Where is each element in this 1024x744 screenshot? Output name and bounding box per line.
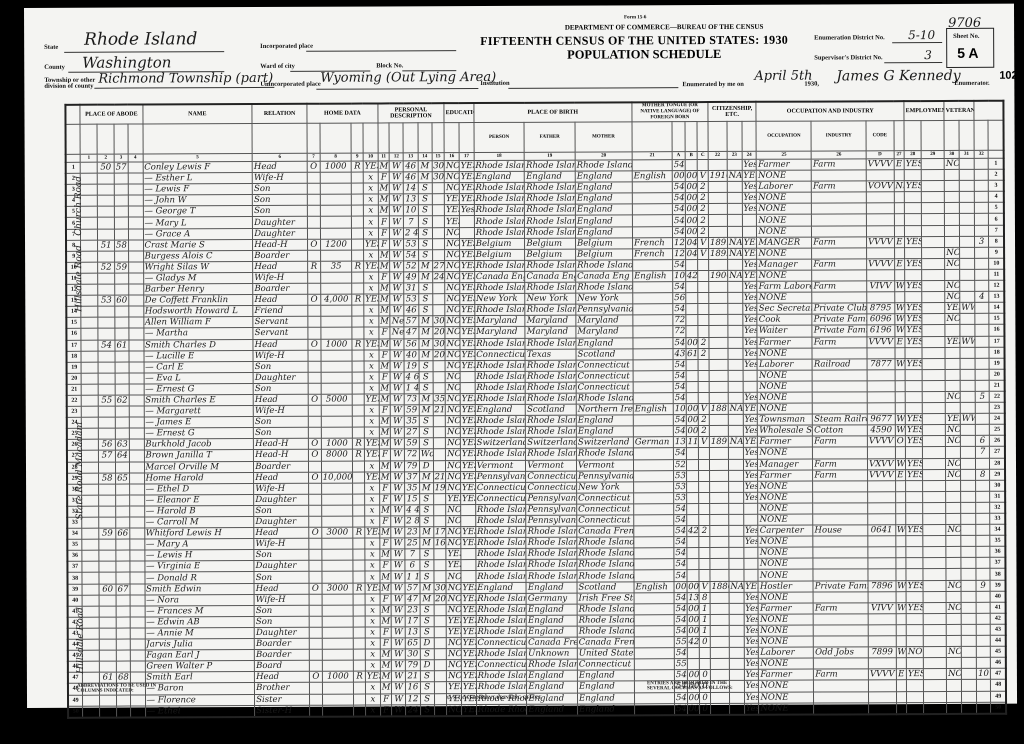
cell-codeB — [686, 503, 699, 514]
cell-occode: VVVV — [867, 236, 894, 247]
cell-occ: MANGER — [757, 237, 812, 248]
cell-rel: Sister-H — [255, 705, 310, 717]
cell-codeB: 61 — [686, 348, 699, 359]
cell-imm — [709, 392, 728, 403]
cell-sex: F — [380, 538, 392, 549]
cell-name: — Ernest G — [144, 428, 254, 440]
cell-war — [960, 469, 975, 480]
cell-dw — [98, 206, 115, 217]
cell-eng — [743, 503, 758, 514]
cell-line: 31 — [990, 491, 1005, 502]
cell-read: YES — [460, 327, 475, 338]
cell-race: W — [390, 250, 404, 261]
cell-vet — [946, 591, 961, 602]
cell-vet: NO — [946, 469, 961, 480]
cell-bpf: Rhode Island — [526, 526, 577, 537]
cell-farm: x — [365, 549, 380, 560]
cell-vet: YES — [945, 303, 960, 314]
cell-farmsch — [976, 547, 991, 558]
cell-codeB — [686, 537, 699, 548]
cell-name: — Gladys M — [143, 272, 253, 284]
cell-lang: French — [632, 237, 672, 248]
cell-line: 7 — [989, 225, 1004, 236]
cell-bpm: Connecticut — [576, 371, 633, 382]
cell-rel: Boarder — [255, 649, 310, 660]
cell-eng: Yes — [744, 703, 759, 715]
cell-codeB — [687, 559, 700, 570]
cell-war — [959, 169, 974, 180]
cell-eng: Yes — [742, 292, 757, 303]
cell-nat: NA — [729, 581, 744, 592]
cell-farmsch — [975, 480, 990, 491]
cell-farmsch — [974, 158, 989, 169]
cell-fam — [115, 362, 129, 373]
cell-vet: NO — [945, 391, 960, 402]
cell-imm — [709, 293, 728, 304]
cell-nat — [728, 370, 743, 381]
cell-ind — [811, 170, 866, 181]
cell-ind: Cotton — [813, 425, 868, 436]
cell-read: YES — [460, 294, 475, 305]
cell-name: — Lewis H — [144, 550, 254, 562]
cell-line: 38 — [67, 573, 82, 584]
cell-fam — [116, 617, 130, 628]
cell-fam: 57 — [114, 162, 128, 173]
cell-rel: Head — [253, 294, 308, 305]
cell-read: YES — [460, 283, 475, 294]
group-name: NAME — [142, 104, 252, 124]
cell-nat — [729, 592, 744, 603]
cell-imm — [709, 304, 728, 315]
cell-read: YES — [461, 638, 476, 649]
cell-bpm: Pennsylvania — [576, 470, 633, 481]
cell-sch: YES — [446, 493, 461, 504]
cell-codeB: 42 — [686, 526, 699, 537]
cell-radio — [352, 228, 364, 239]
cell-value — [322, 660, 354, 671]
cell-imm — [710, 603, 729, 614]
cell-rel: Son — [254, 605, 309, 616]
cell-bpf: Rhode Island — [525, 371, 576, 382]
cell-rel: Wife-H — [252, 172, 307, 183]
cell-occode: VVVV — [867, 336, 894, 347]
cell-age: 72 — [404, 449, 419, 460]
cell-line: 25 — [990, 424, 1005, 435]
cell-fam — [114, 229, 128, 240]
cell-bpf: Belgium — [525, 238, 576, 249]
cell-read: YES — [460, 260, 475, 271]
township-value: Richmond Township (part) — [98, 71, 273, 87]
cell-occode — [868, 536, 895, 547]
cell-value — [322, 594, 354, 605]
cell-radio — [353, 616, 365, 627]
cell-dw — [99, 661, 116, 672]
cell-tenure — [307, 194, 320, 205]
cell-ind: Farm — [812, 259, 867, 270]
cell-sex: F — [378, 216, 390, 227]
cell-value — [320, 205, 352, 216]
cell-rel: Servant — [253, 328, 308, 339]
cell-race: W — [391, 427, 405, 438]
cell-war — [959, 214, 974, 225]
cell-bpm: Rhode Island — [576, 393, 633, 404]
cell-agem: 19 — [433, 482, 446, 493]
cell-tenure — [308, 372, 321, 383]
cell-bpm: England — [576, 337, 633, 348]
cell-agem — [432, 238, 445, 249]
cell-codeA: 54 — [673, 426, 686, 437]
cell-imm: 1899 — [708, 248, 727, 259]
cell-fam — [115, 417, 129, 428]
cell-codeA: 54 — [675, 703, 688, 715]
cell-nat: NA — [727, 248, 742, 259]
cell-value: 3000 — [322, 583, 354, 594]
cell-fam — [114, 195, 128, 206]
cell-bp: Rhode Island — [476, 538, 527, 549]
cell-sex: M — [378, 183, 390, 194]
cell-sch: NO — [445, 260, 460, 271]
cell-line: 11 — [989, 269, 1004, 280]
cell-imm: 1910 — [708, 171, 727, 182]
cell-agem — [433, 360, 446, 371]
cell-codeA: 54 — [672, 226, 685, 237]
cell-farmsch — [976, 646, 991, 657]
cell-eng: YES — [742, 237, 757, 248]
cell-occ: NONE — [758, 370, 813, 381]
cell-age: 46 — [403, 161, 418, 172]
cell-nat — [728, 392, 743, 403]
cell-ind: Private Family — [813, 580, 868, 591]
cell-war — [960, 391, 975, 402]
cell-cls: W — [896, 580, 907, 591]
cell-sex: F — [380, 560, 392, 571]
cell-work: YES — [906, 580, 923, 591]
cell-occode — [867, 381, 894, 392]
cell-eng: Yes — [744, 614, 759, 625]
cell-bp: Rhode Island — [476, 604, 527, 615]
cell-farmsch — [976, 624, 991, 635]
cell-sex: M — [378, 261, 390, 272]
group-relation: RELATION — [252, 104, 307, 124]
cell-cls — [895, 514, 906, 525]
cell-farmsch — [976, 613, 991, 624]
cell-read: YES — [460, 427, 475, 438]
cell-tenure: O — [308, 439, 321, 450]
cell-bpf: Rhode Island — [525, 160, 576, 171]
cell-lang — [633, 448, 673, 459]
cell-radio — [353, 416, 365, 427]
cell-sch: NO — [446, 649, 461, 660]
cell-fam: 67 — [116, 584, 130, 595]
sheet-number-box: Sheet No. 5 A — [946, 28, 994, 68]
cell-fam — [115, 406, 129, 417]
cell-occ: NONE — [758, 547, 813, 558]
cell-cls — [895, 347, 906, 358]
cell-work — [905, 292, 922, 303]
cell-tenure — [309, 505, 322, 516]
cell-mar: S — [420, 616, 434, 627]
cell-line: 14 — [989, 302, 1004, 313]
county-label: County — [44, 64, 65, 71]
cell-cls: W — [894, 303, 905, 314]
cell-war — [960, 358, 975, 369]
cell-vet — [947, 702, 962, 714]
cell-occ: Farmer — [758, 470, 813, 481]
cell-value — [320, 228, 352, 239]
cell-dw — [97, 173, 114, 184]
cell-codeC: V — [698, 171, 709, 182]
cell-name: — Nora — [145, 594, 255, 606]
cell-occ: NONE — [757, 215, 812, 226]
cell-read: YES — [459, 183, 474, 194]
cell-sex: F — [379, 327, 391, 338]
cell-cls — [894, 203, 905, 214]
cell-work — [905, 369, 922, 380]
cell-war — [960, 258, 975, 269]
cell-name: — Lucille E — [143, 350, 253, 362]
cell-imm: 1880 — [710, 581, 729, 592]
cell-agem — [433, 383, 446, 394]
stamp-number: 9706 — [948, 16, 981, 31]
cell-bpf: Canada French — [527, 637, 578, 648]
cell-codeB — [686, 326, 699, 337]
cell-agem: 21 — [433, 471, 446, 482]
cell-read: YES — [461, 615, 476, 626]
cell-ind — [813, 547, 868, 558]
cell-eng: Yes — [742, 181, 757, 192]
cell-codeC — [699, 448, 710, 459]
cell-lang: English — [633, 271, 673, 282]
cell-work: YES — [906, 469, 923, 480]
cell-eng: Yes — [744, 647, 759, 658]
cell-farmsch — [975, 425, 990, 436]
cell-mar: S — [419, 383, 433, 394]
cell-radio: R — [352, 294, 364, 305]
cell-codeC: 8 — [699, 592, 710, 603]
cell-name: Hodsworth Howard L — [143, 306, 253, 318]
cell-race: W — [391, 538, 405, 549]
cell-eng — [742, 226, 757, 237]
cell-rel: Son — [254, 550, 309, 561]
cell-lang — [633, 304, 673, 315]
cell-sex: F — [379, 449, 391, 460]
cell-read: YES — [459, 172, 474, 183]
cell-lang: French — [632, 248, 672, 259]
cell-name: — Grace A — [143, 228, 253, 240]
cell-lang — [633, 470, 673, 481]
cell-dw — [99, 650, 116, 661]
cell-value — [320, 272, 352, 283]
cell-codeA: 12 — [673, 237, 686, 248]
cell-imm — [708, 226, 727, 237]
cell-bpf: England — [526, 582, 577, 593]
cell-bpf: Rhode Island — [526, 426, 577, 437]
cell-bpm: Rhode Island — [577, 548, 634, 559]
cell-line: 4 — [989, 192, 1004, 203]
cell-ind: Farm — [813, 436, 868, 447]
cell-tenure: O — [308, 294, 321, 305]
cell-sch: YES — [445, 216, 460, 227]
cell-farm: YES — [364, 394, 379, 405]
cell-sex: M — [378, 283, 390, 294]
cell-work — [904, 203, 921, 214]
cell-radio: R — [352, 161, 364, 172]
cell-tenure — [309, 494, 322, 505]
cell-war — [961, 602, 976, 613]
cell-farmsch: 6 — [975, 436, 990, 447]
cell-bpf: Canada Eng — [525, 271, 576, 282]
cell-tenure — [309, 572, 322, 583]
cell-bp: Pennsylvania — [475, 471, 526, 482]
cell-fam — [115, 462, 129, 473]
cell-occode — [866, 203, 893, 214]
cell-war: WW — [960, 303, 975, 314]
cell-imm — [709, 359, 728, 370]
cell-ind: Farm — [813, 469, 868, 480]
cell-radio — [352, 205, 364, 216]
cell-work: YES — [904, 181, 921, 192]
cell-ind — [813, 614, 868, 625]
cell-agem: 20 — [434, 593, 447, 604]
cell-farmsch — [975, 513, 990, 524]
cell-farm: x — [365, 649, 380, 660]
cell-agem — [432, 227, 445, 238]
cell-lang — [634, 659, 674, 670]
cell-age: 1 4/12 — [404, 383, 419, 394]
cell-farm: x — [365, 571, 380, 582]
cell-rel: Wife-H — [253, 350, 308, 361]
cell-imm — [708, 159, 727, 170]
cell-age: 6 — [405, 560, 420, 571]
cell-imm — [708, 182, 727, 193]
street-name: State Road Macadam — [75, 422, 85, 520]
cell-codeB: 42 — [685, 270, 698, 281]
cell-codeA: 54 — [674, 603, 687, 614]
cell-codeB — [686, 515, 699, 526]
cell-nat — [728, 337, 743, 348]
cell-codeC — [698, 259, 709, 270]
cell-bpf: Rhode Island — [525, 338, 576, 349]
cell-fam — [116, 495, 130, 506]
cell-codeC — [698, 370, 709, 381]
cell-sex: F — [379, 349, 391, 360]
cell-eng — [744, 559, 759, 570]
cell-vet — [945, 347, 960, 358]
cell-imm — [708, 193, 727, 204]
cell-rel: Head — [254, 527, 309, 538]
cell-codeB: 00 — [685, 193, 698, 204]
cell-occ: NONE — [759, 636, 814, 647]
cell-line: 8 — [989, 236, 1004, 247]
cell-war — [961, 502, 976, 513]
cell-farmsch — [975, 402, 990, 413]
cell-sex: M — [380, 616, 392, 627]
cell-farm: x — [365, 538, 380, 549]
cell-value — [320, 250, 352, 261]
cell-dw — [98, 406, 115, 417]
cell-fam: 66 — [116, 528, 130, 539]
cell-read: YES — [459, 238, 474, 249]
cell-read: YES — [461, 704, 476, 716]
cell-radio: R — [352, 339, 364, 350]
cell-race: W — [391, 494, 405, 505]
cell-dw: 50 — [97, 162, 114, 173]
cell-line: 13 — [989, 291, 1004, 302]
cell-codeB: 11 — [686, 437, 699, 448]
cell-codeB — [686, 492, 699, 503]
cell-work: YES — [905, 358, 922, 369]
cell-rel: Head — [254, 472, 309, 483]
cell-cls: E — [894, 259, 905, 270]
cell-codeA: 54 — [672, 182, 685, 193]
cell-nat — [727, 259, 742, 270]
cell-race: W — [390, 283, 404, 294]
cell-agem — [434, 616, 447, 627]
cell-ind — [812, 270, 867, 281]
col-person: PERSON — [474, 122, 525, 152]
cell-bp: Rhode Island — [474, 194, 525, 205]
cell-imm — [708, 215, 727, 226]
cell-codeC — [699, 492, 710, 503]
cell-nat — [728, 481, 743, 492]
cell-codeC — [698, 293, 709, 304]
cell-eng: Yes — [743, 481, 758, 492]
cell-bp: Rhode Island — [476, 560, 527, 571]
cell-sex: M — [380, 571, 392, 582]
cell-value — [322, 649, 354, 660]
cell-sex: M — [380, 549, 392, 560]
cell-vet — [946, 558, 961, 569]
cell-war: WW — [960, 414, 975, 425]
cell-lang — [633, 370, 673, 381]
cell-lang — [633, 426, 673, 437]
cell-eng: Yes — [742, 281, 757, 292]
cell-name: — Esther L — [143, 173, 253, 185]
cell-line: 21 — [67, 384, 82, 395]
cell-eng: Yes — [743, 448, 758, 459]
cell-mar: M — [419, 338, 433, 349]
cell-codeB — [686, 370, 699, 381]
cell-vet: NO — [946, 525, 961, 536]
cell-sch: NO — [445, 316, 460, 327]
cell-codeC — [698, 315, 709, 326]
cell-bpf: Rhode Island — [525, 360, 576, 371]
cell-fam: 61 — [115, 340, 129, 351]
cell-agem: 30 — [432, 161, 445, 172]
cell-agem: 24 — [432, 272, 445, 283]
cell-codeA: 10 — [673, 404, 686, 415]
cell-radio: R — [353, 527, 365, 538]
cell-farmsch: 9 — [976, 580, 991, 591]
cell-eng: Yes — [744, 603, 759, 614]
cell-mar: S — [418, 194, 432, 205]
cell-tenure — [309, 627, 322, 638]
cell-value: 10,000 — [321, 472, 353, 483]
cell-codeA: 54 — [673, 259, 686, 270]
cell-read — [459, 216, 474, 227]
cell-race: W — [390, 372, 404, 383]
cell-dw — [98, 384, 115, 395]
cell-rel: Son — [253, 195, 308, 206]
cell-farm: YES — [365, 527, 380, 538]
cell-race: W — [391, 449, 405, 460]
cell-dw — [99, 539, 116, 550]
cell-vet — [945, 225, 960, 236]
cell-bpf: Maryland — [525, 315, 576, 326]
cell-rel: Wife-H — [254, 594, 309, 605]
cell-bpf: Scotland — [526, 404, 577, 415]
cell-mar: M — [419, 394, 433, 405]
